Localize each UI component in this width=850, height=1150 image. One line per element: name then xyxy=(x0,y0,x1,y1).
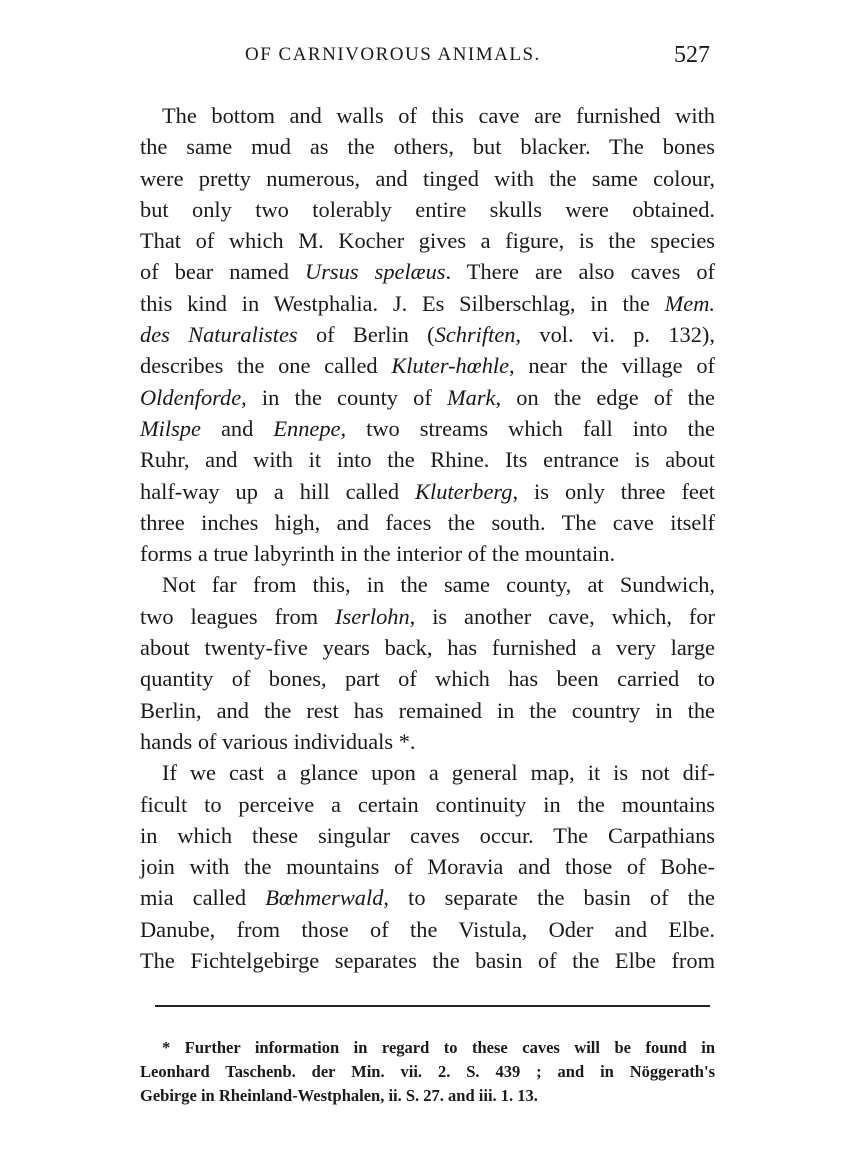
text-line: des Naturalistes of Berlin (Schriften, v… xyxy=(140,319,715,350)
text-line: forms a true labyrinth in the interior o… xyxy=(140,538,715,569)
italic-term: Milspe xyxy=(140,416,201,441)
italic-term: Mark xyxy=(447,385,496,410)
text-line: The bottom and walls of this cave are fu… xyxy=(140,100,715,131)
footnote-line: * Further information in regard to these… xyxy=(140,1036,715,1060)
text-line: Ruhr, and with it into the Rhine. Its en… xyxy=(140,444,715,475)
italic-term: Kluter-hœhle xyxy=(391,353,509,378)
running-title: OF CARNIVOROUS ANIMALS. xyxy=(245,44,541,66)
book-page: OF CARNIVOROUS ANIMALS. 527 The bottom a… xyxy=(0,0,850,1150)
italic-term: Kluterberg xyxy=(415,479,512,504)
text-line: Berlin, and the rest has remained in the… xyxy=(140,695,715,726)
text-line: Not far from this, in the same county, a… xyxy=(140,569,715,600)
text-line: Milspe and Ennepe, two streams which fal… xyxy=(140,413,715,444)
footnote-line: Leonhard Taschenb. der Min. vii. 2. S. 4… xyxy=(140,1060,715,1084)
footnote-divider xyxy=(155,1005,710,1007)
text-line: join with the mountains of Moravia and t… xyxy=(140,851,715,882)
body-text: The bottom and walls of this cave are fu… xyxy=(140,100,715,976)
italic-term: des Naturalistes xyxy=(140,322,298,347)
text-line: quantity of bones, part of which has bee… xyxy=(140,663,715,694)
text-line: about twenty-five years back, has furnis… xyxy=(140,632,715,663)
text-line: If we cast a glance upon a general map, … xyxy=(140,757,715,788)
paragraph: If we cast a glance upon a general map, … xyxy=(140,757,715,976)
text-line: hands of various individuals *. xyxy=(140,726,715,757)
italic-term: Schriften xyxy=(435,322,516,347)
text-line: in which these singular caves occur. The… xyxy=(140,820,715,851)
italic-term: Oldenforde xyxy=(140,385,241,410)
paragraph: Not far from this, in the same county, a… xyxy=(140,569,715,757)
text-line: this kind in Westphalia. J. Es Silbersch… xyxy=(140,288,715,319)
text-line: mia called Bœhmerwald, to separate the b… xyxy=(140,882,715,913)
text-line: ficult to perceive a certain continuity … xyxy=(140,789,715,820)
text-line: The Fichtelgebirge separates the basin o… xyxy=(140,945,715,976)
page-header: OF CARNIVOROUS ANIMALS. 527 xyxy=(140,44,710,74)
text-line: the same mud as the others, but blacker.… xyxy=(140,131,715,162)
text-line: That of which M. Kocher gives a figure, … xyxy=(140,225,715,256)
text-line: three inches high, and faces the south. … xyxy=(140,507,715,538)
italic-term: Ursus spelæus xyxy=(305,259,445,284)
text-line: two leagues from Iserlohn, is another ca… xyxy=(140,601,715,632)
page-number: 527 xyxy=(674,42,710,69)
text-line: Oldenforde, in the county of Mark, on th… xyxy=(140,382,715,413)
italic-term: Ennepe xyxy=(273,416,340,441)
italic-term: Iserlohn xyxy=(335,604,410,629)
text-line: describes the one called Kluter-hœhle, n… xyxy=(140,350,715,381)
text-line: were pretty numerous, and tinged with th… xyxy=(140,163,715,194)
footnote: * Further information in regard to these… xyxy=(140,1036,715,1108)
text-line: Danube, from those of the Vistula, Oder … xyxy=(140,914,715,945)
italic-term: Bœhmerwald xyxy=(265,885,383,910)
paragraph: The bottom and walls of this cave are fu… xyxy=(140,100,715,569)
text-line: but only two tolerably entire skulls wer… xyxy=(140,194,715,225)
text-line: half-way up a hill called Kluterberg, is… xyxy=(140,476,715,507)
footnote-line: Gebirge in Rheinland-Westphalen, ii. S. … xyxy=(140,1084,715,1108)
text-line: of bear named Ursus spelæus. There are a… xyxy=(140,256,715,287)
italic-term: Mem. xyxy=(665,291,715,316)
